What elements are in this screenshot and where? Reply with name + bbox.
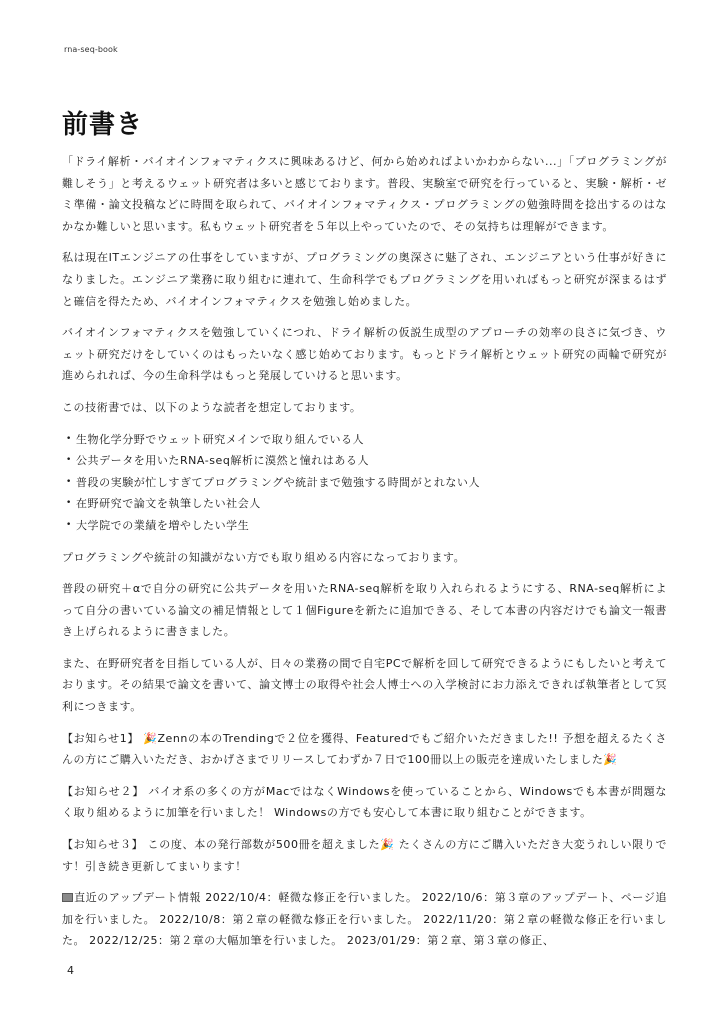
bullet-icon: • (66, 472, 72, 494)
motivation-paragraph: バイオインフォマティクスを勉強していくにつれ、ドライ解析の仮説生成型のアプローチ… (62, 322, 667, 387)
independent-researcher-paragraph: また、在野研究者を目指している人が、日々の業務の間で自宅PCで解析を回して研究で… (62, 653, 667, 718)
audience-list: •生物化学分野でウェット研究メインで取り組んでいる人 •公共データを用いたRNA… (62, 429, 667, 537)
party-popper-icon: 🎉 (603, 749, 617, 771)
bullet-icon: • (66, 450, 72, 472)
list-item: •在野研究で論文を執筆したい社会人 (76, 493, 667, 515)
notice-3: 【お知らせ３】 この度、本の発行部数が500冊を超えました🎉 たくさんの方にご購… (62, 834, 667, 877)
newspaper-icon (62, 893, 73, 902)
bullet-icon: • (66, 515, 72, 537)
content-level-paragraph: プログラミングや統計の知識がない方でも取り組める内容になっております。 (62, 547, 667, 569)
notice-label: 【お知らせ３】 (62, 838, 143, 851)
updates-paragraph: 直近のアップデート情報 2022/10/4：軽微な修正を行いました。 2022/… (62, 887, 667, 952)
page-number: 4 (67, 964, 74, 977)
author-background-paragraph: 私は現在ITエンジニアの仕事をしていますが、プログラミングの奥深さに魅了され、エ… (62, 247, 667, 312)
audience-intro-paragraph: この技術書では、以下のような読者を想定しております。 (62, 397, 667, 419)
party-popper-icon: 🎉 (380, 834, 394, 856)
notice-1: 【お知らせ1】 🎉Zennの本のTrendingで２位を獲得、Featuredで… (62, 728, 667, 771)
page-content: 「ドライ解析・バイオインフォマティクスに興味あるけど、何から始めればよいかわから… (62, 151, 667, 962)
bullet-icon: • (66, 429, 72, 451)
goal-paragraph: 普段の研究＋αで自分の研究に公共データを用いたRNA-seq解析を取り入れられる… (62, 578, 667, 643)
list-item: •公共データを用いたRNA-seq解析に漠然と憧れはある人 (76, 450, 667, 472)
notice-label: 【お知らせ1】 (62, 732, 139, 745)
notice-label: 【お知らせ２】 (62, 785, 144, 798)
list-item: •生物化学分野でウェット研究メインで取り組んでいる人 (76, 429, 667, 451)
running-header: rna-seq-book (64, 45, 118, 54)
intro-paragraph: 「ドライ解析・バイオインフォマティクスに興味あるけど、何から始めればよいかわから… (62, 151, 667, 237)
bullet-icon: • (66, 493, 72, 515)
notice-2: 【お知らせ２】 バイオ系の多くの方がMacではなくWindowsを使っていること… (62, 781, 667, 824)
list-item: •大学院での業績を増やしたい学生 (76, 515, 667, 537)
page-title: 前書き (62, 104, 143, 141)
list-item: •普段の実験が忙しすぎてプログラミングや統計まで勉強する時間がとれない人 (76, 472, 667, 494)
party-popper-icon: 🎉 (143, 728, 157, 750)
